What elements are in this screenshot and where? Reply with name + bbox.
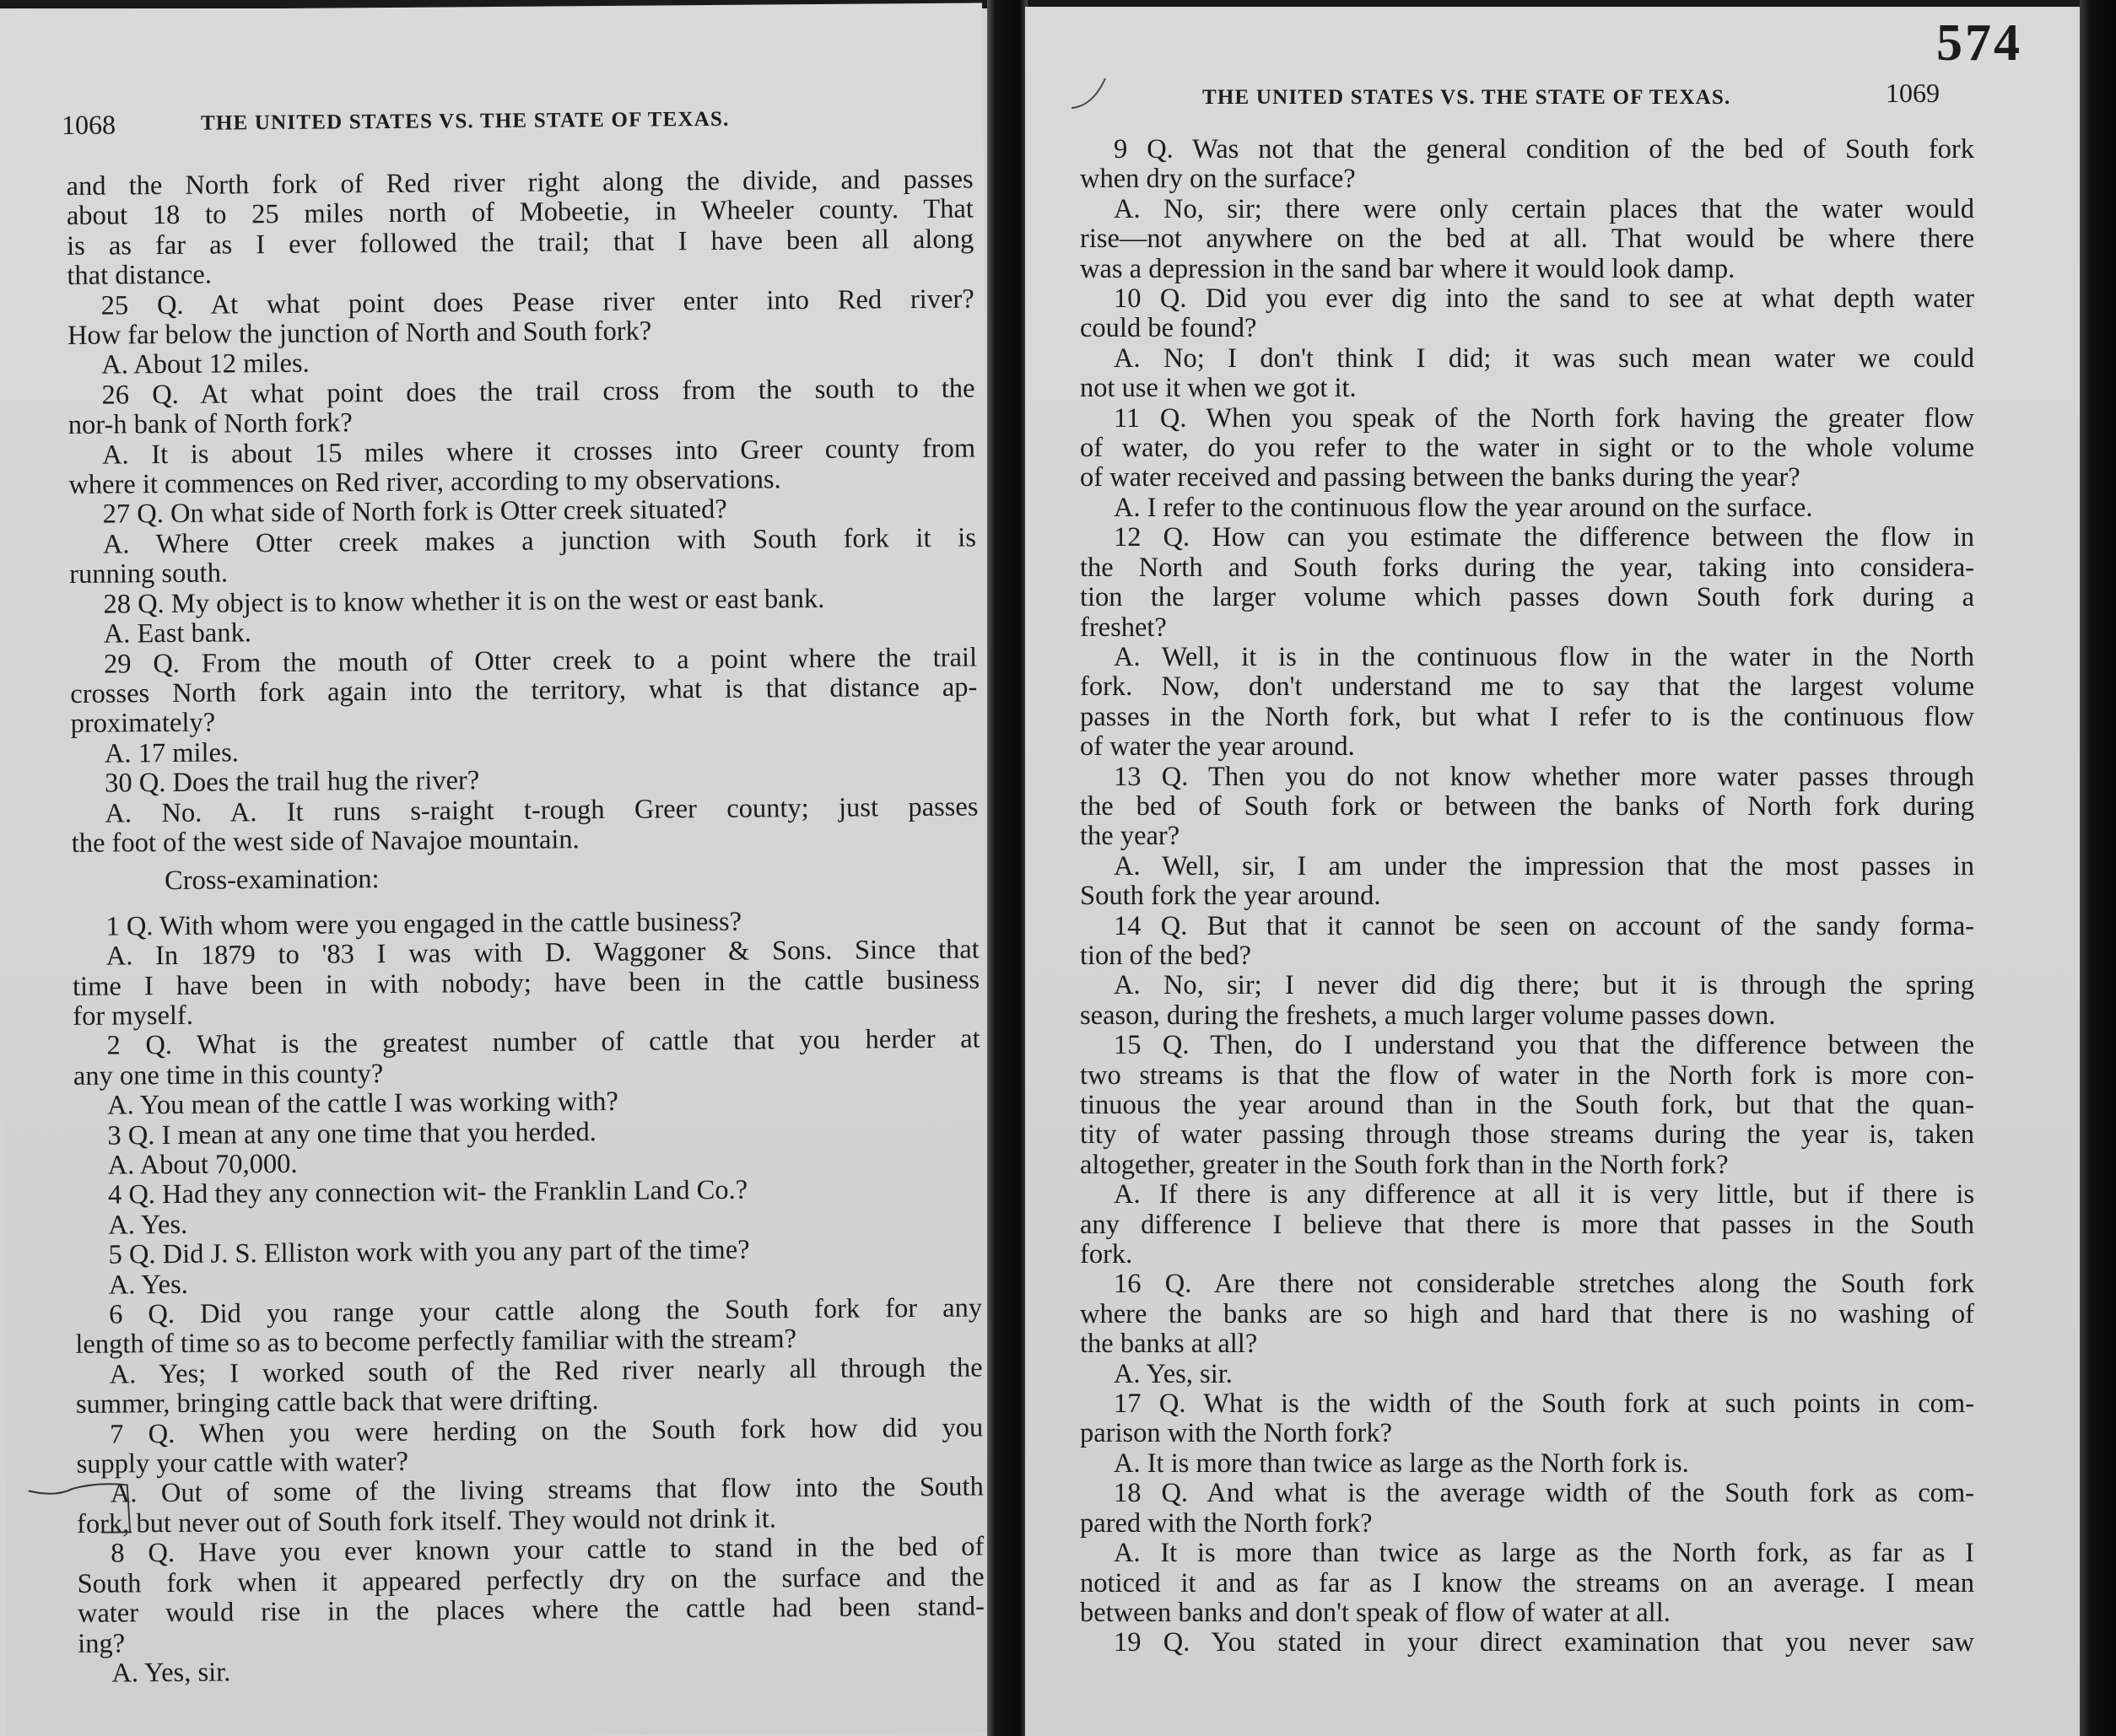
text-line: fork. Now, don't understand me to say th…: [1080, 672, 1974, 702]
text-line: of water received and passing between th…: [1080, 463, 1974, 493]
book-gutter: [987, 0, 1028, 1736]
text-line: A. Well, sir, I am under the impression …: [1080, 852, 1974, 881]
text-line: pared with the North fork?: [1080, 1509, 1974, 1539]
text-line: where the banks are so high and hard tha…: [1080, 1300, 1974, 1329]
text-line: 9 Q. Was not that the general condition …: [1080, 135, 1974, 164]
text-line: A. No, sir; I never did dig there; but i…: [1080, 971, 1974, 1000]
text-line: two streams is that the flow of water in…: [1080, 1061, 1974, 1091]
right-page: 574 THE UNITED STATES VS. THE STATE OF T…: [1025, 7, 2081, 1736]
text-line: A. I refer to the continuous flow the ye…: [1080, 493, 1974, 523]
text-line: of water the year around.: [1080, 732, 1974, 762]
text-line: A. Yes, sir.: [1080, 1360, 1974, 1389]
right-page-number: 1069: [1886, 78, 1940, 109]
text-line: A. It is more than twice as large as the…: [1080, 1449, 1974, 1479]
text-line: altogether, greater in the South fork th…: [1080, 1151, 1974, 1180]
text-line: the bed of South fork or between the ban…: [1080, 792, 1974, 822]
left-running-head: THE UNITED STATES VS. THE STATE OF TEXAS…: [201, 108, 730, 136]
right-text-column: 9 Q. Was not that the general condition …: [1080, 135, 1974, 1658]
text-line: the year?: [1080, 822, 1974, 851]
text-line: any difference I believe that there is m…: [1080, 1210, 1974, 1240]
text-line: tion the larger volume which passes down…: [1080, 583, 1974, 612]
text-line: not use it when we got it.: [1080, 374, 1974, 403]
text-line: 11 Q. When you speak of the North fork h…: [1080, 404, 1974, 434]
text-line: 10 Q. Did you ever dig into the sand to …: [1080, 284, 1974, 314]
text-line: parison with the North fork?: [1080, 1419, 1974, 1448]
text-line: the foot of the west side of Navajoe mou…: [72, 822, 979, 859]
text-line: when dry on the surface?: [1080, 164, 1974, 194]
text-line: tity of water passing through those stre…: [1080, 1120, 1974, 1150]
text-line: 18 Q. And what is the average width of t…: [1080, 1479, 1974, 1508]
text-line: 14 Q. But that it cannot be seen on acco…: [1080, 912, 1974, 941]
text-line: A. It is more than twice as large as the…: [1080, 1539, 1974, 1568]
left-page: 1068 THE UNITED STATES VS. THE STATE OF …: [0, 3, 996, 1736]
text-line: 19 Q. You stated in your direct examinat…: [1080, 1628, 1974, 1658]
text-line: A. Yes, sir.: [78, 1652, 985, 1689]
text-line: tion of the bed?: [1080, 941, 1974, 971]
text-line: 15 Q. Then, do I understand you that the…: [1080, 1031, 1974, 1060]
text-line: A. No; I don't think I did; it was such …: [1080, 344, 1974, 374]
text-line: could be found?: [1080, 314, 1974, 343]
text-line: fork.: [1080, 1240, 1974, 1270]
text-line: A. No, sir; there were only certain plac…: [1080, 195, 1974, 224]
text-line: A. If there is any difference at all it …: [1080, 1180, 1974, 1210]
text-line: South fork the year around.: [1080, 881, 1974, 911]
left-page-number: 1068: [62, 109, 116, 141]
text-line: was a depression in the sand bar where i…: [1080, 255, 1974, 284]
text-line: 13 Q. Then you do not know whether more …: [1080, 763, 1974, 792]
text-line: A. Well, it is in the continuous flow in…: [1080, 643, 1974, 672]
text-line: noticed it and as far as I know the stre…: [1080, 1569, 1974, 1599]
pencil-bracket-annotation: [22, 1473, 132, 1541]
section-heading: Cross-examination:: [72, 860, 979, 898]
stamp-number: 574: [1936, 13, 2022, 73]
text-line: passes in the North fork, but what I ref…: [1080, 703, 1974, 732]
text-line: between banks and don't speak of flow of…: [1080, 1599, 1974, 1628]
text-line: the North and South forks during the yea…: [1080, 553, 1974, 583]
text-line: season, during the freshets, a much larg…: [1080, 1001, 1974, 1031]
text-line: 12 Q. How can you estimate the differenc…: [1080, 523, 1974, 553]
text-line: freshet?: [1080, 613, 1974, 643]
text-line: of water, do you refer to the water in s…: [1080, 434, 1974, 463]
text-line: 16 Q. Are there not considerable stretch…: [1080, 1270, 1974, 1299]
scan-right-edge: [2080, 0, 2116, 1736]
pencil-check-mark: [1067, 74, 1118, 116]
right-running-head: THE UNITED STATES VS. THE STATE OF TEXAS…: [1202, 86, 1730, 110]
text-line: 17 Q. What is the width of the South for…: [1080, 1389, 1974, 1419]
text-line: tinuous the year around than in the Sout…: [1080, 1091, 1974, 1120]
left-text-column: and the North fork of Red river right al…: [66, 165, 985, 1690]
text-line: rise—not anywhere on the bed at all. Tha…: [1080, 224, 1974, 254]
text-line: the banks at all?: [1080, 1329, 1974, 1359]
